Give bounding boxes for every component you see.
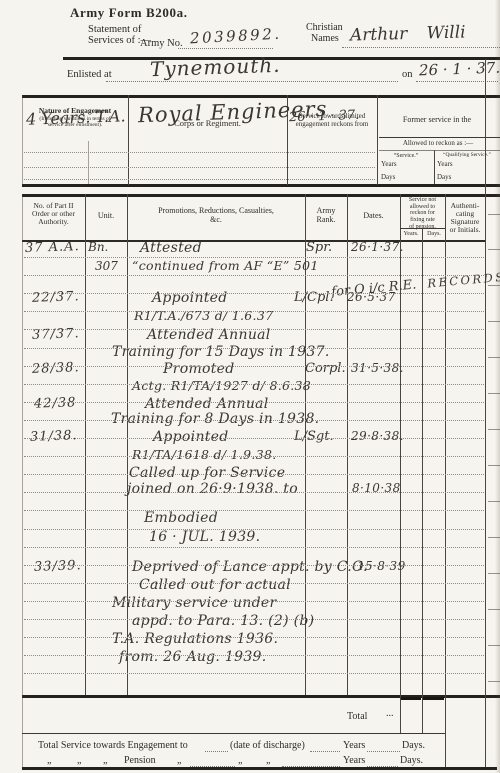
divider (401, 697, 421, 700)
divider (400, 228, 445, 229)
divider (128, 95, 129, 185)
ruled-line (24, 583, 484, 584)
unit-column-header: Unit. (85, 212, 127, 221)
ruled-line (24, 619, 484, 620)
ledger-row: 33/39.Deprived of Lance appt. by C.O.15·… (0, 560, 500, 578)
date-cell: 29·8·38. (351, 430, 404, 442)
total-service-engagement-label: Total Service towards Engagement to (38, 741, 188, 752)
promotions-cell: Training for 8 Days in 1938. (111, 412, 319, 426)
divider (22, 184, 500, 187)
page-edge-mark (488, 214, 500, 215)
unit-cell: 307 (95, 260, 118, 272)
ledger-row: T.A. Regulations 1936. (0, 632, 500, 650)
ruled-line (24, 565, 484, 566)
promotions-cell: Attended Annual (147, 328, 271, 342)
ditto-mark: „ (177, 756, 181, 767)
ledger-row: Called out for actual (0, 578, 500, 596)
qualifying-service-column-label: “Qualifying Service.” (435, 153, 499, 159)
ruled-line (24, 275, 484, 276)
engagement-days-label: Days. (402, 741, 425, 752)
ledger-row: Military service under (0, 596, 500, 614)
enlisted-place-value: Tynemouth. (150, 55, 281, 80)
ruled-line (24, 402, 484, 403)
army-no-label: Army No. (140, 38, 183, 49)
signature-column-header: Authenti- cating Signature or Initials. (445, 202, 485, 234)
promotions-cell: T.A. Regulations 1936. (112, 632, 278, 646)
ruled-line (24, 179, 375, 180)
page-edge-mark (488, 501, 500, 502)
divider (22, 733, 445, 734)
pension-days-subheader: Days. (423, 231, 445, 238)
authority-cell: 31/38. (30, 429, 78, 444)
date-of-discharge-label: (date of discharge) (230, 741, 305, 752)
divider (377, 95, 378, 185)
pension-header-line1: Service not (400, 197, 445, 204)
promotions-cell: appd. to Para. 13. (2) (b) (132, 614, 314, 628)
divider (205, 751, 228, 752)
promotions-cell: Called out for actual (139, 578, 291, 592)
divider (423, 697, 444, 700)
promotions-cell: Called up for Service (129, 466, 285, 480)
page-edge-mark (488, 537, 500, 538)
pension-label: Pension (124, 756, 156, 767)
divider (22, 95, 500, 98)
rank-cell: L/Sgt. (294, 430, 334, 443)
promotions-cell: Embodied (144, 511, 218, 525)
ruled-line (24, 510, 484, 511)
ruled-line (24, 673, 484, 674)
page-edge-mark (488, 393, 500, 394)
signature-header-line4: or Initials. (445, 226, 485, 234)
page-edge-mark (488, 249, 500, 250)
page-edge-mark (488, 609, 500, 610)
enlisted-date-value: 26 · 1 · 37. (419, 61, 500, 79)
page-edge-mark (488, 429, 500, 430)
army-no-value: 2039892. (190, 27, 282, 47)
ruled-line (24, 293, 484, 294)
qualifying-years-label: Years (437, 161, 453, 169)
army-form-b200a-document: Army Form B200a. Statement of Services o… (0, 0, 500, 773)
divider (88, 141, 89, 184)
ruled-line (24, 420, 484, 421)
ruled-line (24, 456, 484, 457)
page-edge-mark (488, 285, 500, 286)
ruled-line (24, 384, 484, 385)
rank-header-line2: Rank. (305, 216, 347, 225)
date-cell: 26·1·37. (351, 241, 404, 253)
promotions-cell: Appointed (153, 430, 229, 444)
rank-cell: Corpl. (305, 362, 346, 375)
ruled-line (24, 152, 375, 153)
divider (342, 47, 500, 48)
ruled-line (24, 366, 484, 367)
page-edge-mark (488, 357, 500, 358)
army-rank-column-header: Army Rank. (305, 207, 347, 224)
rank-cell: Spr. (306, 241, 332, 254)
ditto-mark: „ (266, 756, 270, 767)
page-edge-mark (488, 681, 500, 682)
enlisted-at-label: Enlisted at (67, 69, 112, 80)
promotions-cell: Military service under (112, 596, 277, 610)
ruled-line (24, 529, 484, 530)
date-cell: 15·8·39 (357, 560, 406, 572)
ruled-line (24, 655, 484, 656)
service-column-label: “Service.” (379, 153, 433, 160)
pension-header-line4: fixing rate (400, 217, 445, 224)
unit-cell: Bn. (88, 241, 108, 253)
ditto-mark: „ (77, 756, 81, 767)
ditto-mark: „ (47, 756, 51, 767)
service-years-label: Years (381, 161, 397, 169)
authority-column-header: No. of Part II Order or other Authority. (23, 202, 84, 226)
pension-days-label: Days. (400, 756, 423, 767)
promotions-column-header: Promotions, Reductions, Casualties, &c. (127, 207, 305, 224)
date-cell: 31·5·38. (351, 362, 404, 374)
ruled-line (24, 311, 484, 312)
former-service-header: Former service in the (378, 116, 496, 125)
service-days-label: Days (381, 174, 395, 182)
christian-names-value: Arthur Willi (350, 24, 466, 44)
promotions-cell: from. 26 Aug. 1939. (119, 650, 267, 664)
ledger-row: Embodied (0, 511, 500, 529)
promotions-cell: 16 · JUL. 1939. (149, 530, 260, 544)
pension-years-subheader: Years. (400, 231, 422, 238)
divider (379, 137, 500, 138)
divider (178, 48, 273, 49)
promotions-cell: “continued from AF “E” 501 (132, 260, 319, 273)
total-dots: ... (386, 709, 394, 720)
ruled-line (24, 348, 484, 349)
ruled-line (24, 329, 484, 330)
ledger-row: from. 26 Aug. 1939. (0, 650, 500, 668)
page-edge-mark (488, 645, 500, 646)
promotions-cell: Attended Annual (145, 397, 269, 411)
total-label: Total (347, 712, 367, 723)
ruled-line (24, 167, 375, 168)
promotions-cell: Attested (140, 241, 202, 255)
christian-label-line2: Names (306, 34, 343, 45)
divider (310, 751, 340, 752)
divider (22, 767, 497, 770)
qualifying-days-label: Days (437, 174, 451, 182)
statement-line1: Statement of (88, 24, 151, 35)
ledger-row: 16 · JUL. 1939. (0, 530, 500, 548)
promotions-cell: joined on 26·9·1938. to (127, 482, 298, 496)
authority-cell: 42/38 (34, 396, 77, 410)
ruled-line (24, 637, 484, 638)
page-edge-mark (488, 573, 500, 574)
promotions-cell: Promoted (163, 362, 235, 376)
form-title: Army Form B200a. (70, 6, 188, 20)
engagement-years-label: Years (343, 741, 365, 752)
ruled-line (24, 257, 484, 258)
divider (106, 81, 398, 82)
pension-column-header: Service not allowed to reckon for fixing… (400, 197, 445, 231)
page-edge-mark (488, 321, 500, 322)
divider (367, 751, 400, 752)
allowed-to-reckon-label: Allowed to reckon as :— (379, 140, 497, 148)
authority-cell: 33/39. (34, 559, 82, 574)
divider (379, 150, 500, 151)
dates-column-header: Dates. (347, 212, 400, 221)
ruled-line (24, 601, 484, 602)
ditto-mark: „ (103, 756, 107, 767)
ruled-line (24, 474, 484, 475)
pension-years-label: Years (343, 756, 365, 767)
promotions-cell: Actg. R1/TA/1927 d/ 8.6.38 (132, 380, 311, 393)
divider (63, 57, 500, 60)
nature-of-engagement-value: 4 Years. T.A. (26, 108, 126, 127)
page-edge-mark (488, 465, 500, 466)
ruled-line (24, 492, 484, 493)
authority-cell: 37 A.A. (25, 240, 80, 255)
authority-cell: 28/38. (32, 361, 80, 376)
enlisted-on-label: on (402, 69, 413, 80)
promotions-cell: Deprived of Lance appt. by C.O. (132, 560, 368, 574)
ledger-row: appd. to Para. 13. (2) (b) (0, 614, 500, 632)
ditto-mark: „ (238, 756, 242, 767)
authority-header-line3: Authority. (23, 218, 84, 226)
promotions-header-line2: &c. (127, 216, 305, 225)
ruled-line (24, 438, 484, 439)
ruled-line (24, 547, 484, 548)
service-reckons-value: 26 · 1 · 37. (289, 109, 360, 124)
ledger-row: joined on 26·9·1938. to8·10·38 (0, 482, 500, 500)
ledger-row: 31/38.AppointedL/Sgt.29·8·38. (0, 430, 500, 448)
christian-names-label: Christian Names (306, 23, 343, 45)
